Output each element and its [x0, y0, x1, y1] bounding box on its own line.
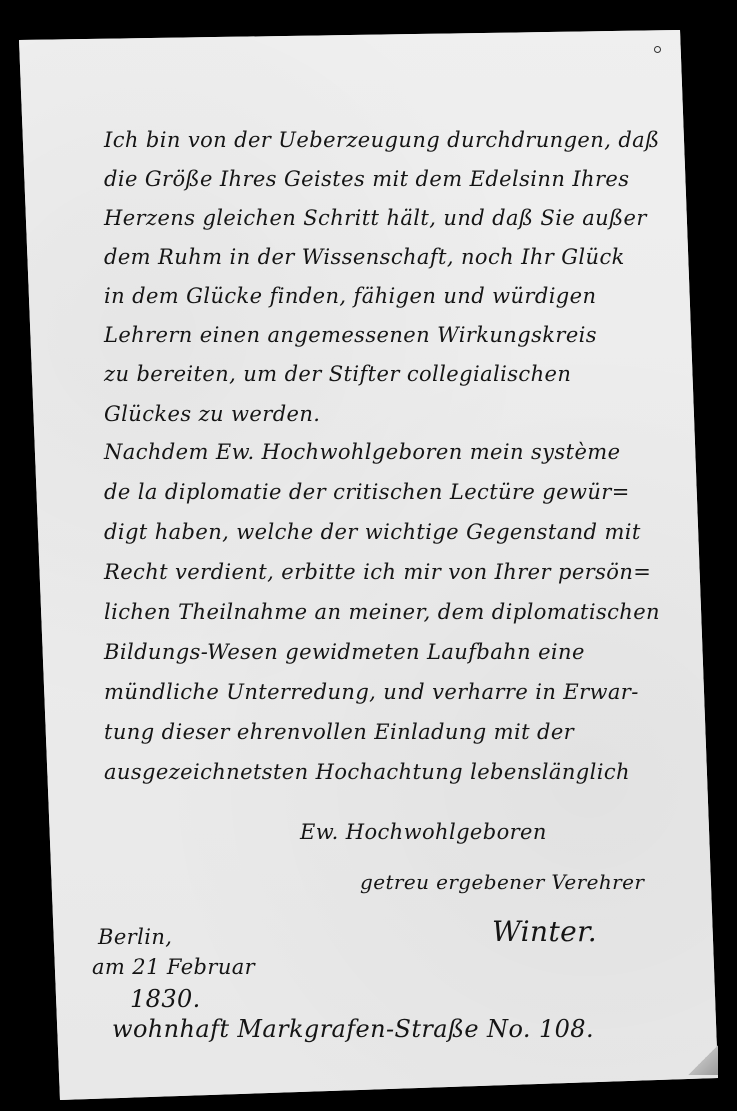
dateline-date: am 21 Februar: [92, 955, 255, 979]
body-line-4: dem Ruhm in der Wissenschaft, noch Ihr G…: [104, 245, 625, 269]
dateline-year: 1830.: [130, 985, 201, 1013]
body-line-2: die Größe Ihres Geistes mit dem Edelsinn…: [104, 167, 629, 191]
address-line: wohnhaft Markgrafen-Straße No. 108.: [112, 1015, 594, 1043]
body-line-7: zu bereiten, um der Stifter collegialisc…: [104, 362, 571, 386]
body-line-6: Lehrern einen angemessenen Wirkungskreis: [104, 323, 597, 347]
closing-salutation: Ew. Hochwohlgeboren: [300, 820, 547, 844]
body-line-9: Nachdem Ew. Hochwohlgeboren mein système: [104, 440, 620, 464]
body-line-13: lichen Theilnahme an meiner, dem diploma…: [104, 600, 660, 624]
body-line-5: in dem Glücke finden, fähigen und würdig…: [104, 284, 596, 308]
signature: Winter.: [492, 915, 597, 948]
dateline-place: Berlin,: [98, 925, 172, 949]
body-line-3: Herzens gleichen Schritt hält, und daß S…: [104, 206, 647, 230]
body-line-11: digt haben, welche der wichtige Gegensta…: [104, 520, 641, 544]
body-line-10: de la diplomatie der critischen Lectüre …: [104, 480, 630, 504]
body-line-17: ausgezeichnetsten Hochachtung lebensläng…: [104, 760, 630, 784]
body-line-15: mündliche Unterredung, und verharre in E…: [104, 680, 639, 704]
body-line-12: Recht verdient, erbitte ich mir von Ihre…: [104, 560, 651, 584]
body-line-8: Glückes zu werden.: [104, 402, 320, 426]
paper-speck: [654, 46, 661, 53]
closing-complimentary: getreu ergebener Verehrer: [360, 870, 644, 894]
body-line-1: Ich bin von der Ueberzeugung durchdrunge…: [104, 128, 660, 152]
body-line-16: tung dieser ehrenvollen Einladung mit de…: [104, 720, 574, 744]
body-line-14: Bildungs-Wesen gewidmeten Laufbahn eine: [104, 640, 585, 664]
